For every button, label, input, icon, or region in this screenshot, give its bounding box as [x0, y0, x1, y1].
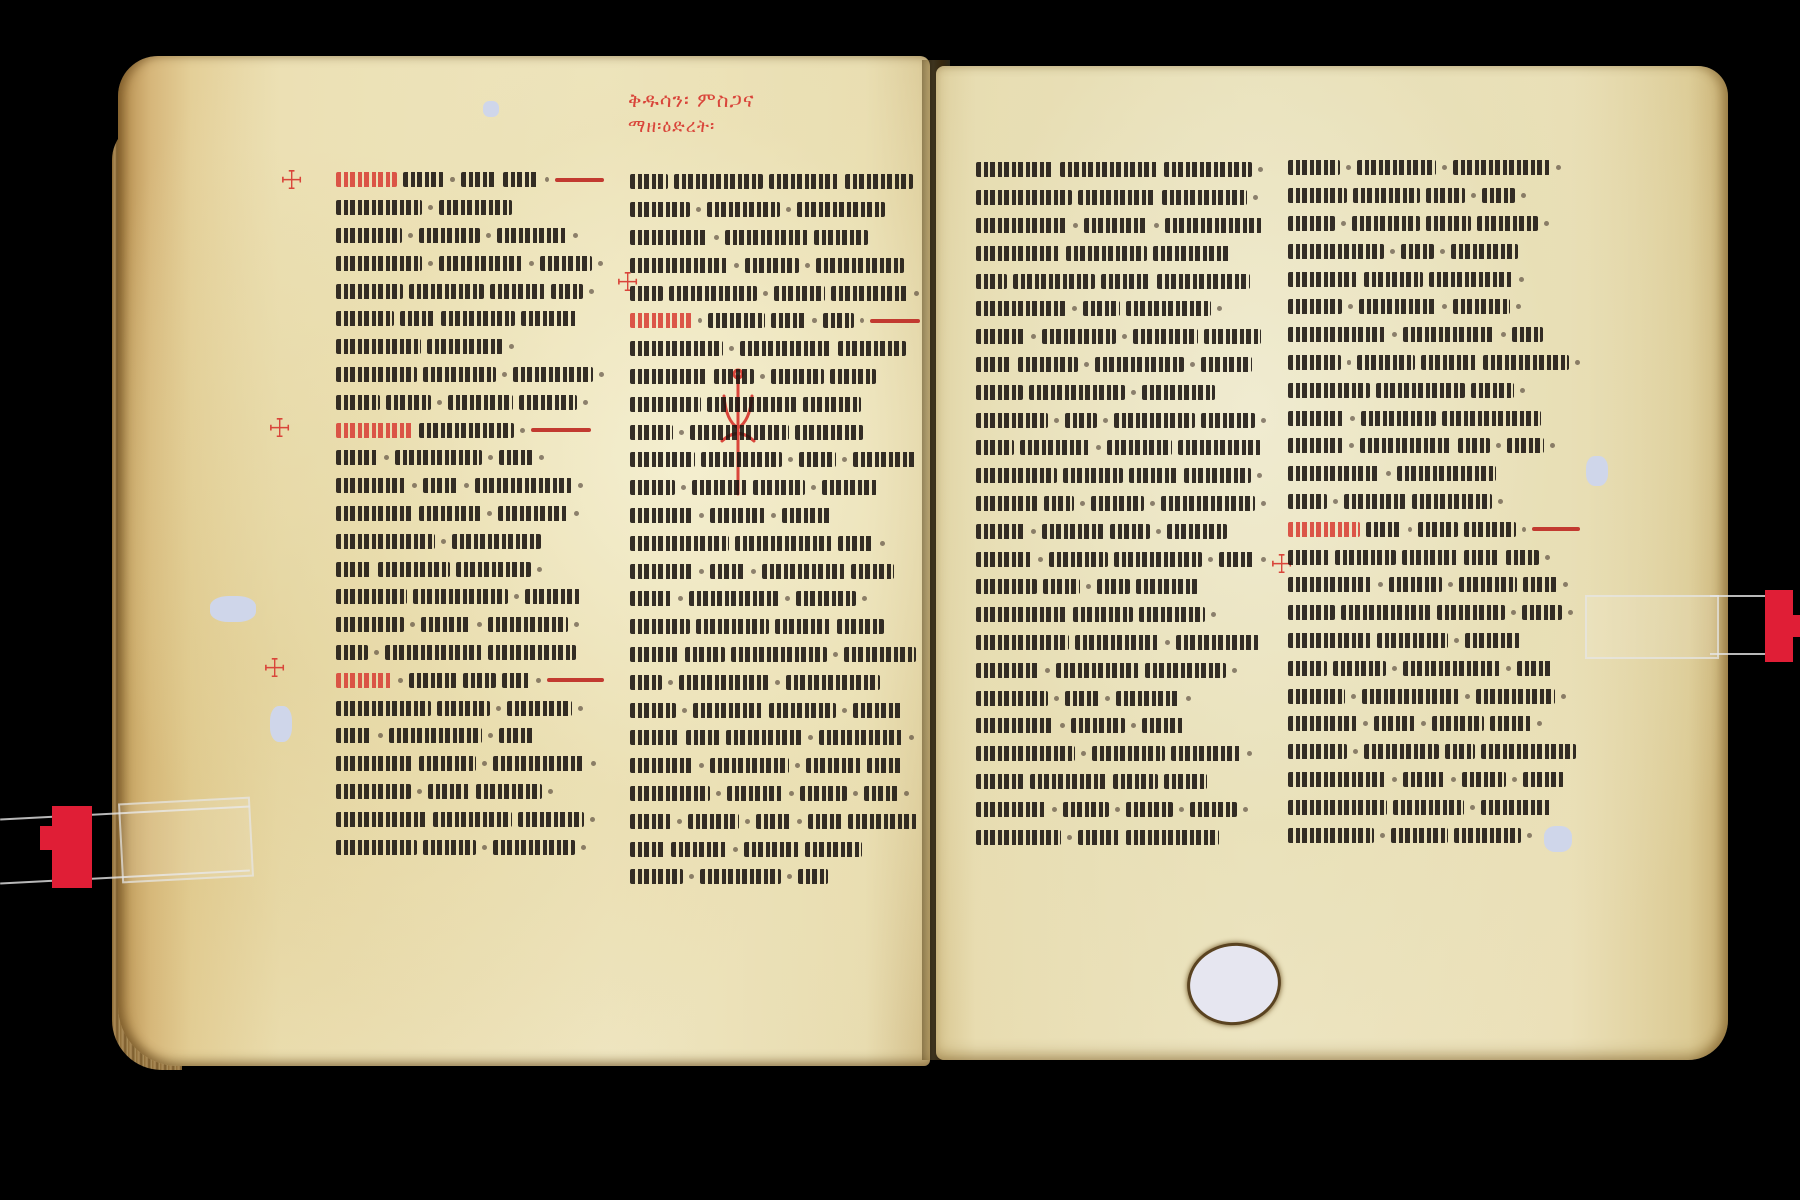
ink-word — [419, 423, 514, 438]
ink-word — [488, 645, 576, 660]
ink-word — [1078, 830, 1120, 845]
word-separator — [1253, 195, 1258, 200]
word-separator — [833, 652, 838, 657]
ink-word — [976, 496, 1038, 511]
word-separator — [1471, 193, 1476, 198]
ink-word — [831, 286, 908, 301]
word-separator — [914, 291, 919, 296]
ink-word — [1063, 802, 1109, 817]
ink-word — [630, 286, 663, 301]
manuscript-text-line — [1288, 627, 1580, 655]
ink-word — [419, 228, 480, 243]
ink-word — [336, 534, 435, 549]
ink-word — [1426, 188, 1465, 203]
ink-word — [419, 756, 476, 771]
manuscript-text-line — [1288, 182, 1580, 210]
ink-word — [1418, 522, 1458, 537]
ink-word — [830, 369, 876, 384]
manuscript-text-line — [1288, 265, 1580, 293]
word-separator — [520, 428, 525, 433]
ink-word — [1097, 579, 1130, 594]
ink-word — [630, 842, 665, 857]
ink-word — [1517, 661, 1553, 676]
ink-word — [475, 478, 572, 493]
word-separator — [578, 706, 583, 711]
ink-word — [336, 840, 417, 855]
word-separator — [428, 205, 433, 210]
ink-word — [423, 840, 476, 855]
ink-word — [1201, 413, 1255, 428]
manuscript-text-line — [336, 444, 604, 472]
ink-word — [696, 619, 769, 634]
ink-word — [630, 508, 693, 523]
manuscript-text-line — [630, 418, 920, 446]
manuscript-text-line — [336, 722, 604, 750]
manuscript-text-line — [976, 656, 1266, 684]
heading-rubric: ቅዱሳን፡ ምስጋና — [628, 88, 754, 112]
word-separator — [410, 622, 415, 627]
word-separator — [797, 819, 802, 824]
ink-word — [756, 814, 791, 829]
word-separator — [581, 845, 586, 850]
parchment-tear — [270, 706, 292, 742]
ink-word — [700, 869, 781, 884]
ink-word — [685, 647, 725, 662]
word-separator — [488, 733, 493, 738]
ink-word — [1376, 383, 1465, 398]
word-separator — [1258, 167, 1263, 172]
ink-word — [421, 617, 471, 632]
ink-word — [1095, 357, 1184, 372]
ink-word — [409, 284, 484, 299]
ink-word — [1512, 327, 1543, 342]
ink-word — [838, 536, 874, 551]
word-separator — [1341, 221, 1346, 226]
ink-word — [679, 675, 769, 690]
ink-word — [976, 663, 1039, 678]
ink-word — [1442, 411, 1541, 426]
word-separator — [1537, 721, 1542, 726]
manuscript-text-line — [630, 474, 920, 502]
ink-word — [1139, 607, 1205, 622]
word-separator — [699, 569, 704, 574]
ink-word — [336, 645, 368, 660]
ink-word — [1421, 355, 1477, 370]
ink-word — [1153, 246, 1231, 261]
word-separator — [514, 594, 519, 599]
word-separator — [1150, 501, 1155, 506]
manuscript-text-line — [336, 611, 604, 639]
text-column-2 — [630, 168, 920, 891]
manuscript-text-line — [976, 823, 1266, 851]
word-separator — [1072, 306, 1077, 311]
ink-word — [1162, 190, 1247, 205]
word-separator — [574, 511, 579, 516]
word-separator — [548, 789, 553, 794]
ink-word — [1507, 438, 1544, 453]
ink-word — [439, 256, 523, 271]
heading-rubric-line2: ማዘ፡ዕድረት፡ — [628, 116, 715, 137]
ink-word — [976, 718, 1054, 733]
manuscript-text-line — [1288, 766, 1580, 794]
rubric-bar — [547, 678, 604, 682]
ink-word — [336, 284, 403, 299]
word-separator — [1156, 529, 1161, 534]
text-column-4 — [1288, 154, 1580, 849]
ink-word — [1288, 716, 1357, 731]
ink-word — [336, 506, 413, 521]
manuscript-text-line — [1288, 738, 1580, 766]
word-separator — [1346, 165, 1351, 170]
word-separator — [488, 455, 493, 460]
word-separator — [583, 400, 588, 405]
word-separator — [1165, 640, 1170, 645]
word-separator — [1496, 443, 1501, 448]
ink-word — [490, 284, 545, 299]
word-separator — [1561, 694, 1566, 699]
manuscript-text-line — [630, 335, 920, 363]
manuscript-text-line — [1288, 321, 1580, 349]
word-separator — [1247, 751, 1252, 756]
manuscript-text-line — [630, 780, 920, 808]
ink-word — [731, 647, 827, 662]
word-separator — [785, 596, 790, 601]
ink-word — [386, 395, 431, 410]
ink-word — [525, 589, 580, 604]
manuscript-text-line — [1288, 543, 1580, 571]
ink-word — [1522, 605, 1562, 620]
ink-word — [630, 758, 693, 773]
ink-word — [437, 701, 490, 716]
ink-word — [845, 174, 913, 189]
ink-word — [1445, 744, 1475, 759]
ink-word — [1476, 689, 1555, 704]
ink-word — [378, 562, 450, 577]
ink-word — [976, 552, 1032, 567]
manuscript-text-line — [630, 668, 920, 696]
ink-word — [433, 812, 512, 827]
text-column-3 — [976, 156, 1266, 851]
word-separator — [1498, 499, 1503, 504]
ink-word — [1288, 744, 1347, 759]
ink-word — [1352, 216, 1420, 231]
ink-word — [1357, 160, 1436, 175]
ink-word — [1506, 550, 1539, 565]
manuscript-text-line — [630, 724, 920, 752]
ink-word — [1042, 329, 1116, 344]
ink-word — [1453, 160, 1550, 175]
ink-word — [630, 369, 708, 384]
ink-word — [1288, 828, 1374, 843]
ink-word — [708, 313, 765, 328]
ink-word — [336, 784, 411, 799]
ink-word — [1178, 440, 1261, 455]
word-separator — [545, 177, 549, 182]
word-separator — [1470, 805, 1475, 810]
word-separator — [1054, 696, 1059, 701]
ink-word — [1341, 605, 1431, 620]
word-separator — [760, 374, 765, 379]
parchment-tear — [1544, 826, 1572, 852]
word-separator — [598, 261, 603, 266]
word-separator — [1333, 499, 1338, 504]
manuscript-text-line — [336, 333, 604, 361]
ink-word — [476, 784, 542, 799]
manuscript-text-line — [976, 490, 1266, 518]
ink-word — [1288, 577, 1372, 592]
ink-word — [630, 591, 672, 606]
word-separator — [1086, 584, 1091, 589]
manuscript-text-line — [1288, 571, 1580, 599]
manuscript-text-line — [336, 500, 604, 528]
word-separator — [1568, 610, 1573, 615]
ink-word — [1401, 244, 1434, 259]
ink-word — [630, 564, 693, 579]
ink-word — [799, 452, 836, 467]
word-separator — [578, 483, 583, 488]
ink-word — [976, 162, 1054, 177]
word-separator — [1550, 443, 1555, 448]
ink-word — [1114, 413, 1195, 428]
manuscript-text-line — [630, 502, 920, 530]
ink-word — [1288, 800, 1387, 815]
ink-word — [819, 730, 903, 745]
ink-word — [1482, 188, 1515, 203]
word-separator — [482, 845, 487, 850]
ink-word — [1018, 357, 1078, 372]
manuscript-text-line — [336, 555, 604, 583]
ink-word — [1288, 244, 1384, 259]
ink-word — [976, 579, 1037, 594]
ink-word — [1361, 411, 1436, 426]
ink-word — [336, 812, 427, 827]
word-separator — [590, 817, 595, 822]
word-separator — [1179, 807, 1184, 812]
ink-word — [336, 617, 404, 632]
ink-word — [630, 730, 680, 745]
ink-word — [740, 341, 832, 356]
word-separator — [1353, 749, 1358, 754]
manuscript-text-line — [1288, 682, 1580, 710]
word-separator — [1516, 304, 1521, 309]
word-separator — [1575, 360, 1580, 365]
word-separator — [1465, 694, 1470, 699]
ink-word — [389, 728, 482, 743]
ink-word — [1167, 524, 1227, 539]
ink-word — [1344, 494, 1406, 509]
word-separator — [689, 874, 694, 879]
word-separator — [787, 874, 792, 879]
manuscript-text-line — [1288, 293, 1580, 321]
ink-word — [753, 480, 805, 495]
ink-word — [336, 701, 431, 716]
ink-word — [1366, 522, 1402, 537]
ink-word — [1288, 689, 1345, 704]
word-separator — [1527, 833, 1532, 838]
ink-word — [519, 395, 577, 410]
manuscript-text-line — [336, 527, 604, 555]
word-separator — [1392, 666, 1397, 671]
ink-word — [726, 730, 802, 745]
ink-word — [1219, 552, 1255, 567]
word-separator — [1451, 777, 1456, 782]
ink-word — [1060, 162, 1158, 177]
ink-word — [844, 647, 916, 662]
ink-word — [630, 480, 675, 495]
ink-word — [1176, 635, 1259, 650]
word-separator — [398, 678, 403, 683]
ink-word — [692, 480, 747, 495]
word-separator — [1080, 501, 1085, 506]
ink-word — [693, 703, 763, 718]
word-separator — [464, 483, 469, 488]
word-separator — [811, 485, 816, 490]
manuscript-text-line — [630, 863, 920, 891]
manuscript-text-line — [976, 768, 1266, 796]
word-separator — [539, 455, 544, 460]
rubric-bar — [555, 178, 604, 182]
ink-word — [336, 395, 380, 410]
word-separator — [1520, 388, 1525, 393]
word-separator — [1545, 555, 1550, 560]
manuscript-text-line — [1288, 793, 1580, 821]
word-separator — [1544, 221, 1549, 226]
word-separator — [1131, 390, 1136, 395]
ink-word — [540, 256, 592, 271]
ink-word — [1288, 188, 1347, 203]
manuscript-text-line — [336, 639, 604, 667]
ink-word — [630, 202, 690, 217]
word-separator — [1081, 751, 1086, 756]
ink-word — [1065, 691, 1099, 706]
ink-word — [744, 842, 799, 857]
word-separator — [880, 541, 885, 546]
word-separator — [1103, 418, 1108, 423]
ink-word — [976, 774, 1024, 789]
ink-word — [336, 256, 422, 271]
parchment-tear — [483, 101, 499, 117]
ink-word — [630, 341, 723, 356]
ink-word — [1171, 746, 1241, 761]
word-separator — [441, 539, 446, 544]
ink-word — [1288, 494, 1327, 509]
manuscript-text-line — [976, 462, 1266, 490]
manuscript-text-line — [630, 696, 920, 724]
ink-word — [1403, 661, 1500, 676]
manuscript-text-line — [630, 585, 920, 613]
manuscript-text-line — [336, 666, 604, 694]
ink-word — [1092, 746, 1165, 761]
ink-word — [1464, 550, 1500, 565]
ink-word — [837, 619, 884, 634]
ink-word — [1164, 774, 1207, 789]
word-separator — [812, 318, 816, 323]
manuscript-text-line — [976, 267, 1266, 295]
manuscript-text-line — [1288, 432, 1580, 460]
ink-word — [409, 673, 457, 688]
word-separator — [909, 735, 914, 740]
word-separator — [529, 261, 534, 266]
word-separator — [1031, 334, 1036, 339]
ink-word — [336, 562, 372, 577]
ink-word — [400, 311, 435, 326]
manuscript-text-line — [336, 166, 604, 194]
ink-word — [1107, 440, 1172, 455]
ink-word — [1359, 299, 1436, 314]
rubric-cross-icon: ☩ — [280, 168, 303, 194]
word-separator — [1073, 223, 1078, 228]
word-separator — [1448, 582, 1453, 587]
word-separator — [1521, 193, 1526, 198]
word-separator — [1556, 165, 1561, 170]
ink-word — [1204, 329, 1261, 344]
ink-word — [710, 758, 789, 773]
ink-word — [1288, 438, 1343, 453]
manuscript-text-line — [336, 472, 604, 500]
ink-word — [1393, 800, 1464, 815]
manuscript-text-line — [1288, 349, 1580, 377]
ink-word — [1397, 466, 1496, 481]
ink-word — [800, 786, 847, 801]
word-separator — [1392, 332, 1397, 337]
word-separator — [1392, 777, 1397, 782]
word-separator — [1045, 668, 1050, 673]
ink-word — [630, 814, 671, 829]
ink-word — [1402, 550, 1458, 565]
word-separator — [437, 400, 442, 405]
ink-word — [853, 452, 916, 467]
ink-word — [1471, 383, 1514, 398]
ink-word — [513, 367, 593, 382]
word-separator — [763, 291, 768, 296]
ink-word — [1029, 385, 1125, 400]
manuscript-text-line — [336, 416, 604, 444]
manuscript-text-line — [1288, 599, 1580, 627]
word-separator — [771, 513, 776, 518]
ink-word — [1357, 355, 1414, 370]
ink-word — [1116, 691, 1180, 706]
ink-word — [1056, 663, 1139, 678]
word-separator — [733, 847, 738, 852]
manuscript-text-line — [630, 613, 920, 641]
word-separator — [1506, 666, 1511, 671]
manuscript-text-line — [630, 224, 920, 252]
word-separator — [1442, 165, 1447, 170]
word-separator — [677, 819, 682, 824]
ink-word — [1091, 496, 1144, 511]
ink-word — [976, 413, 1048, 428]
ink-word — [630, 619, 690, 634]
manuscript-text-line — [630, 529, 920, 557]
manuscript-text-line — [630, 446, 920, 474]
ink-word — [674, 174, 763, 189]
ink-word — [499, 728, 534, 743]
word-separator — [1421, 721, 1426, 726]
ink-word — [456, 562, 531, 577]
ink-word — [1201, 357, 1252, 372]
word-separator — [1211, 612, 1216, 617]
word-separator — [1348, 304, 1353, 309]
ink-word — [1288, 605, 1335, 620]
ink-word — [864, 786, 898, 801]
manuscript-text-line — [630, 807, 920, 835]
ink-word — [498, 506, 568, 521]
word-separator — [716, 791, 721, 796]
ink-word — [976, 274, 1007, 289]
manuscript-text-line — [976, 545, 1266, 573]
ink-word — [1483, 355, 1569, 370]
word-separator — [1096, 445, 1101, 450]
